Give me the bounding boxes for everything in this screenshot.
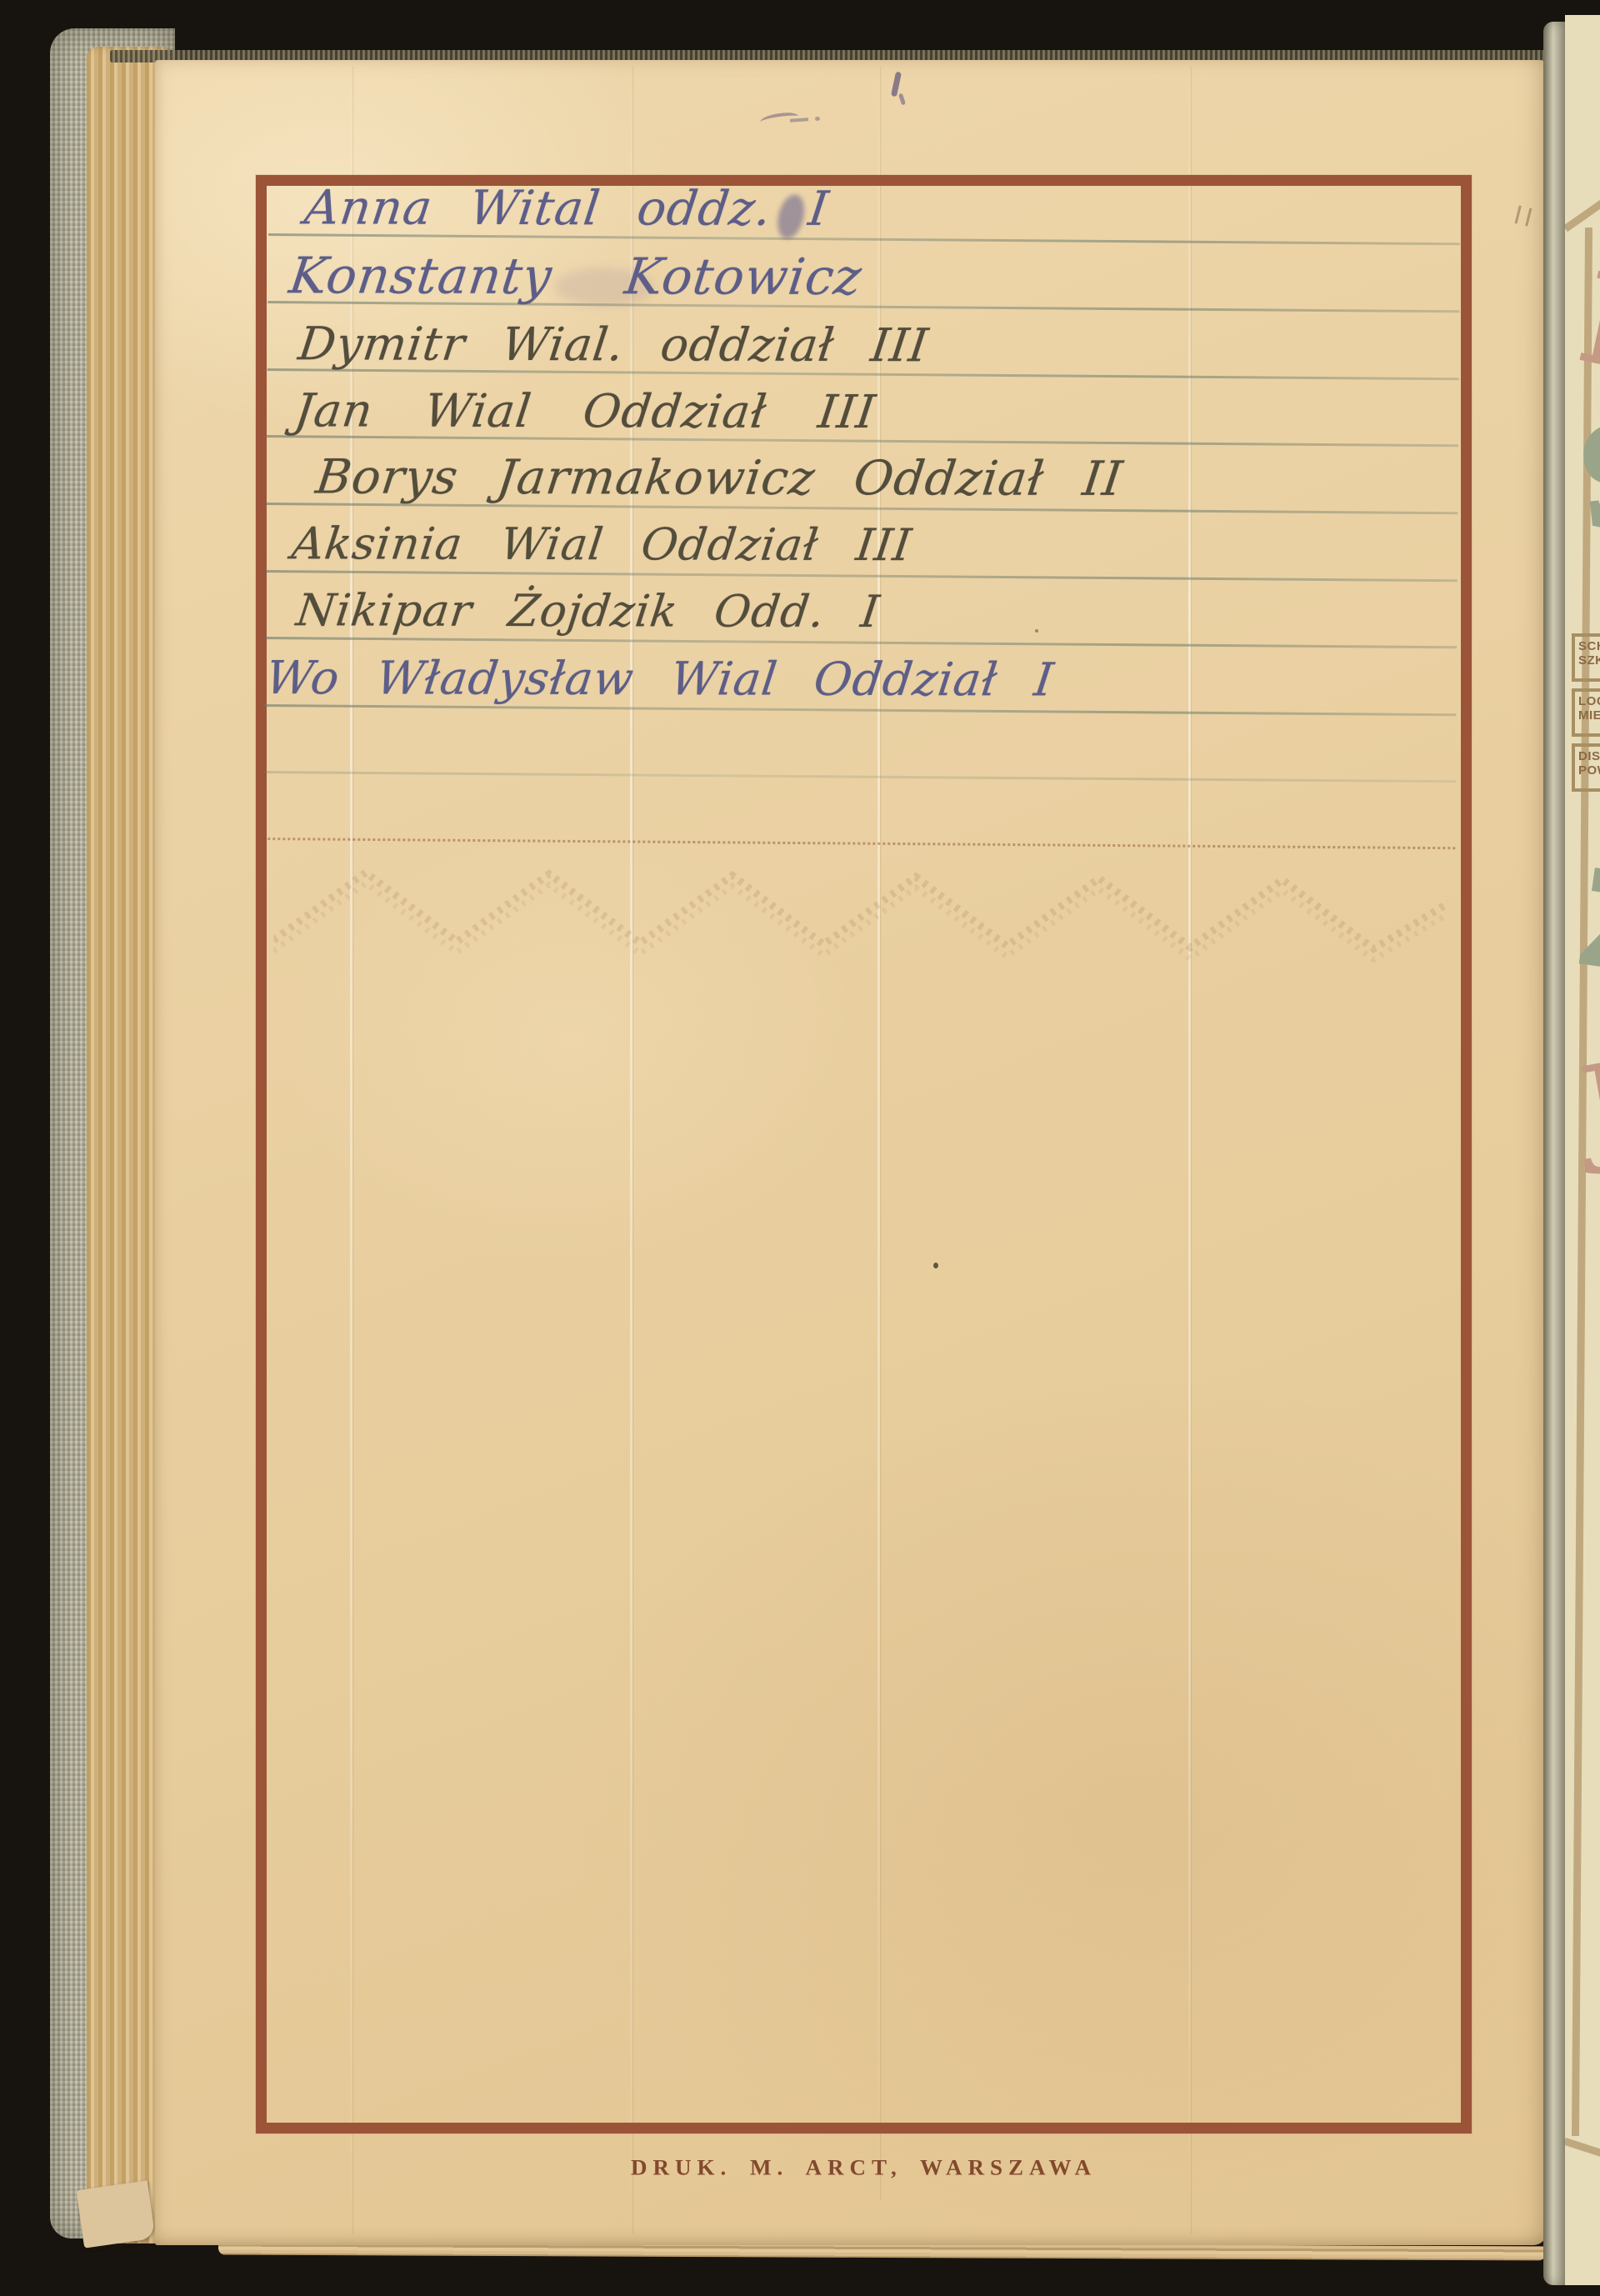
ruled-line [265,637,1457,648]
printer-imprint: DRUK. M. ARCT, WARSZAWA [256,2155,1472,2180]
stray-ink-mark [815,117,820,121]
paper-speck [1035,629,1038,633]
edge-label: POW [1578,763,1600,778]
facing-cover-sliver: K S Z J SCH SZK LOC MIE DIST POW [1565,15,1600,2285]
handwritten-entry: Wo Władysław Wial Oddział I [263,651,1057,706]
folded-corner [77,2180,156,2248]
handwritten-entry: Jan Wial Oddział III [292,383,879,438]
ornament-showthrough-band [273,860,1449,963]
facing-page-edge [1543,22,1565,2285]
book-scan: Anna Wital oddz. I Konstanty Kotowicz Dy… [0,0,1600,2296]
handwritten-entry: Aksinia Wial Oddział III [289,518,915,571]
edge-label-box: LOC MIE [1572,688,1600,737]
handwritten-entry: Dymitr Wial. oddział III [296,317,932,372]
cover-ornament-glyph: S [1569,402,1600,553]
handwritten-entry: Nikipar Żojdzik Odd. I [293,585,882,638]
handwritten-entry: Anna Wital oddz. I [302,180,832,237]
ruled-line-dotted [263,838,1455,849]
edge-label: SZK [1578,653,1600,668]
edge-label: SCH [1578,639,1600,653]
writing-area: Anna Wital oddz. I Konstanty Kotowicz Dy… [0,0,1600,1011]
cover-frame-line [1565,2138,1600,2160]
edge-label-box: SCH SZK [1572,633,1600,682]
paper-speck [933,1263,938,1268]
ruled-line [265,704,1457,716]
edge-label: LOC [1578,694,1600,708]
ruled-line [266,570,1457,582]
cover-ornament-glyph: J [1573,1044,1600,1168]
ruled-line [264,771,1456,783]
edge-label-box: DIST POW [1572,743,1600,792]
handwritten-entry: Borys Jarmakowicz Oddział II [312,450,1126,507]
edge-label: DIST [1578,749,1600,763]
edge-label: MIE [1578,708,1600,723]
ink-smudge [554,268,654,307]
cover-frame-line [1565,193,1600,233]
